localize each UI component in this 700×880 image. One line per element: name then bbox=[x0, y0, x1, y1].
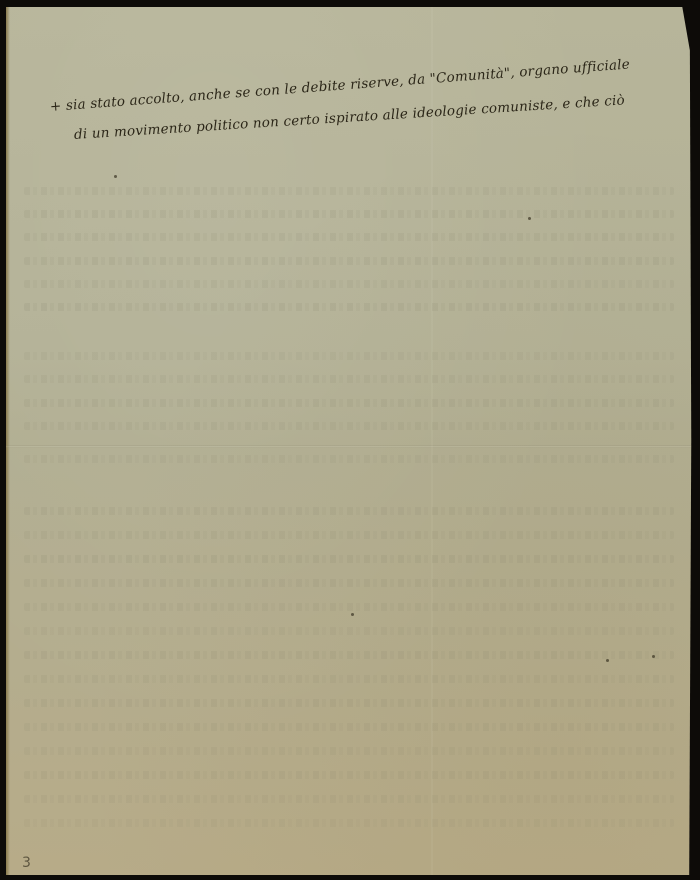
bleed-through-line bbox=[24, 257, 674, 265]
ink-speck bbox=[528, 217, 531, 220]
bleed-through-line bbox=[24, 819, 674, 827]
bleed-through-line bbox=[24, 399, 674, 407]
vertical-crease bbox=[431, 7, 433, 875]
bleed-through-line bbox=[24, 422, 674, 430]
ink-speck bbox=[606, 659, 609, 662]
bleed-through-line bbox=[24, 795, 674, 803]
paper-edge-shadow bbox=[6, 7, 10, 875]
horizontal-fold-crease bbox=[6, 445, 694, 448]
bleed-through-line bbox=[24, 579, 674, 587]
bleed-through-line bbox=[24, 303, 674, 311]
ink-speck bbox=[351, 613, 354, 616]
bleed-through-line bbox=[24, 627, 674, 635]
bleed-through-line bbox=[24, 675, 674, 683]
bleed-through-line bbox=[24, 603, 674, 611]
bleed-through-line bbox=[24, 375, 674, 383]
ink-speck bbox=[652, 655, 655, 658]
bleed-through-line bbox=[24, 210, 674, 218]
bleed-through-line bbox=[24, 723, 674, 731]
bleed-through-line bbox=[24, 352, 674, 360]
page-number: 3 bbox=[22, 855, 31, 871]
bleed-through-line bbox=[24, 699, 674, 707]
bleed-through-line bbox=[24, 187, 674, 195]
ink-speck bbox=[114, 175, 117, 178]
bleed-through-line bbox=[24, 771, 674, 779]
document-page: + sia stato accolto, anche se con le deb… bbox=[6, 7, 694, 875]
bleed-through-line bbox=[24, 233, 674, 241]
bleed-through-line bbox=[24, 280, 674, 288]
bleed-through-line bbox=[24, 455, 674, 463]
bleed-through-line bbox=[24, 531, 674, 539]
bleed-through-line bbox=[24, 555, 674, 563]
bleed-through-line bbox=[24, 507, 674, 515]
bleed-through-line bbox=[24, 651, 674, 659]
bleed-through-line bbox=[24, 747, 674, 755]
